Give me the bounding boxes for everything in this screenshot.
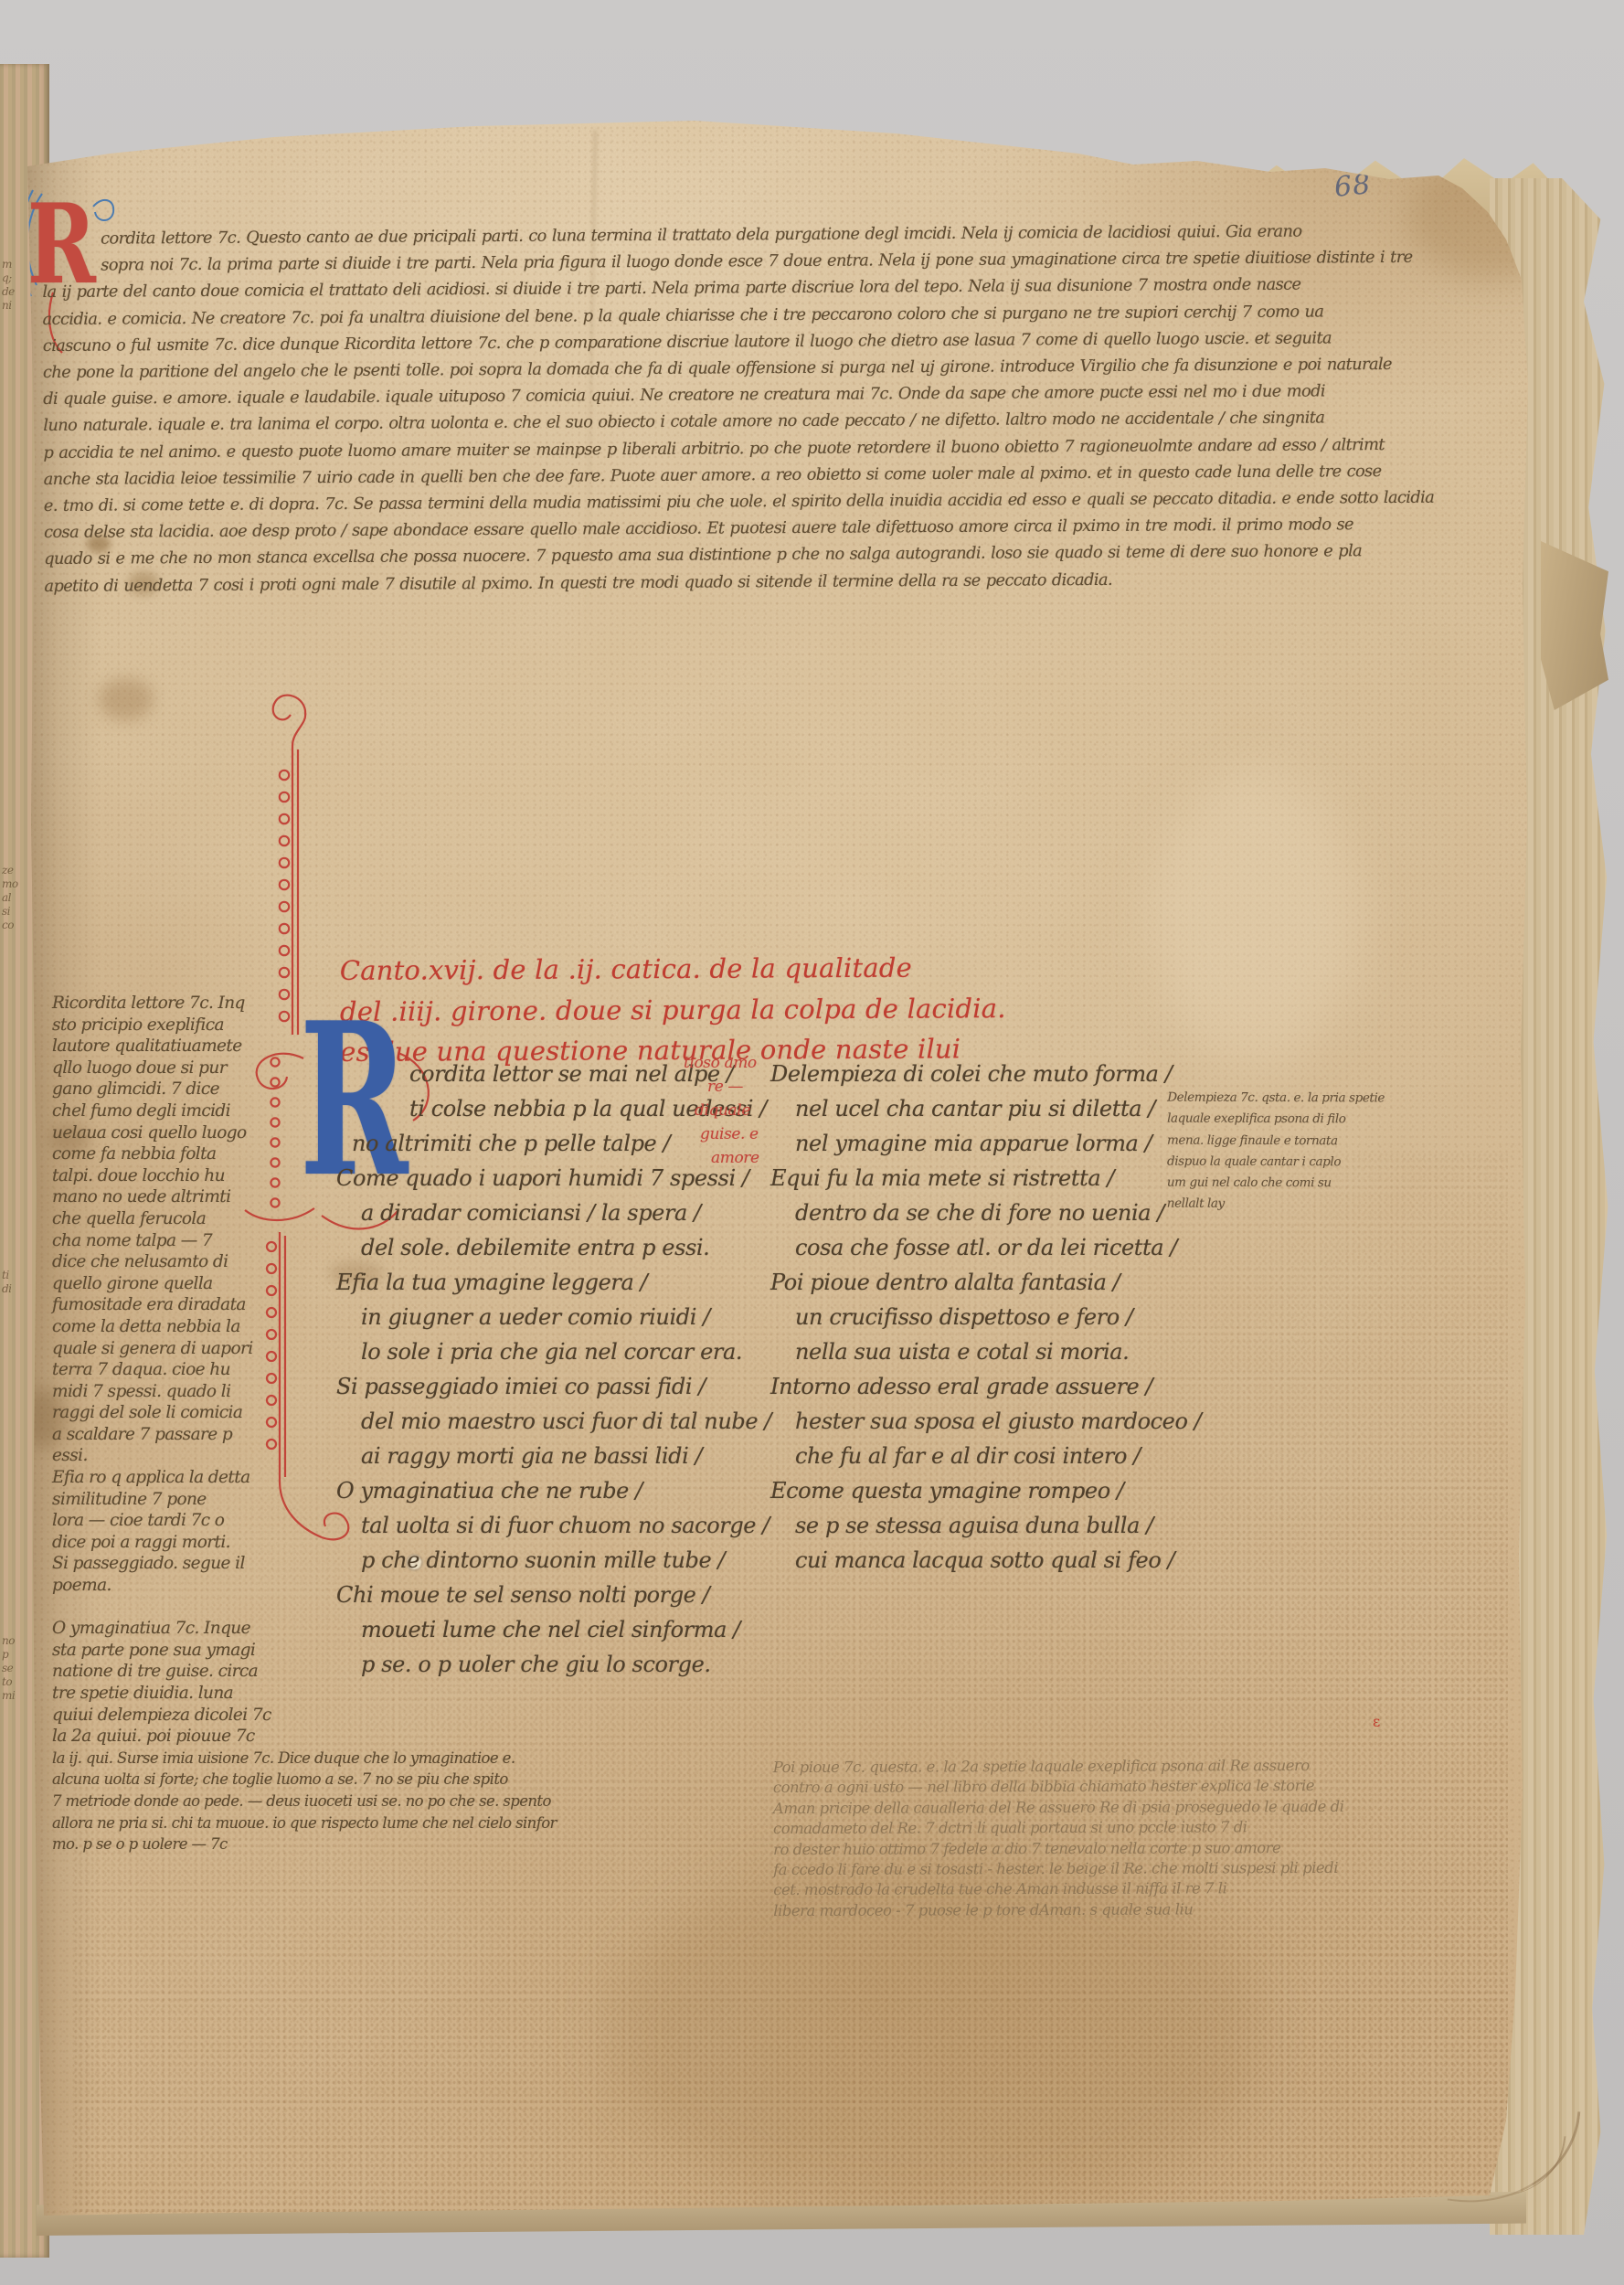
top-commentary-block: cordita lettore 7c. Questo canto ae due … <box>42 218 1435 600</box>
verse-line: hester sua sposa el giusto mardoceo / <box>795 1404 1201 1439</box>
fragment-line: p <box>2 1648 27 1662</box>
gloss-line: quello girone quella <box>52 1273 557 1295</box>
left-margin-gloss: Ricordita lettore 7c. Inqsto pricipio ex… <box>52 993 557 1855</box>
gloss-line: dispuo la quale cantar i caplo <box>1167 1151 1385 1173</box>
gloss-line: sta parte pone sua ymagi <box>52 1640 557 1662</box>
rubric-line: Canto.xvij. de la .ij. catica. de la qua… <box>340 947 1006 991</box>
gloss-line: lora — cioe tardi 7c o <box>52 1510 557 1532</box>
gloss-line: um gui nel calo che comi su <box>1167 1173 1385 1195</box>
red-gloss-line: amore <box>711 1146 759 1170</box>
fragment-line: di <box>2 1282 27 1296</box>
gloss-line: poema. <box>52 1575 557 1597</box>
commentary-line: Poi pioue 7c. questa. e. la 2a spetie la… <box>773 1756 1344 1779</box>
fore-edge-tear-flap <box>1541 541 1608 710</box>
gloss-line: talpi. doue locchio hu <box>52 1165 557 1187</box>
commentary-line: libera mardoceo - 7 puose le p tore dAma… <box>773 1899 1344 1922</box>
fragment-line: m <box>2 258 27 271</box>
page-content: 68 <box>0 0 1624 2285</box>
fragment-line: ze <box>2 864 27 877</box>
gloss-line: uelaua cosi quello luogo <box>52 1122 557 1144</box>
fragment-line: co <box>2 919 27 932</box>
gloss-line: Ricordita lettore 7c. Inq <box>52 993 557 1015</box>
fragment-line: mi <box>2 1689 27 1703</box>
manuscript-photo: mq;deni zemoalsico tidi nopsetomi <box>0 0 1624 2285</box>
red-gloss-line: guise. e <box>700 1122 759 1146</box>
gloss-line: midi 7 spessi. quado li <box>52 1381 557 1403</box>
verse-line: Delempieza di colei che muto forma / <box>770 1057 1201 1091</box>
gloss-line: la 2a quiui. poi piouue 7c <box>52 1726 557 1748</box>
gloss-line: lautore qualitatiuamete <box>52 1036 557 1057</box>
fragment-line: no <box>2 1634 27 1648</box>
fragment-line: to <box>2 1675 27 1689</box>
gloss-line: mo. p se o p uolere — 7c <box>52 1833 557 1855</box>
gloss-line: mano no uede altrimti <box>52 1186 557 1208</box>
commentary-line: comadameto del Re. 7 dctri li quali port… <box>773 1817 1344 1840</box>
fragment-line: mo <box>2 877 27 891</box>
gloss-line: come la detta nebbia la <box>52 1316 557 1338</box>
gloss-line: Delempieza 7c. qsta. e. la pria spetie <box>1167 1088 1385 1110</box>
gloss-line <box>52 1597 557 1619</box>
right-margin-gloss: Delempieza 7c. qsta. e. la pria spetiela… <box>1167 1088 1385 1217</box>
verse-line: che fu al far e al dir cosi intero / <box>795 1439 1201 1473</box>
gloss-line: essi. <box>52 1445 557 1467</box>
gloss-line: come fa nebbia folta <box>52 1143 557 1165</box>
fragment-line: se <box>2 1662 27 1675</box>
gloss-line: a scaldare 7 passare p <box>52 1424 557 1446</box>
gloss-line: quale si genera di uapori <box>52 1338 557 1360</box>
verse-line: nel ucel cha cantar piu si diletta / <box>795 1091 1201 1126</box>
verse-line: dentro da se che di fore no uenia / <box>795 1196 1201 1230</box>
gloss-line: dice che nelusamto di <box>52 1251 557 1273</box>
gloss-line: mena. ligge finaule e tornata <box>1167 1130 1385 1152</box>
gloss-line: allora ne pria si. chi ta muoue. io que … <box>52 1812 557 1834</box>
gloss-line: fumositade era diradata <box>52 1294 557 1316</box>
facing-page-text-fragment: mq;deni <box>2 258 27 367</box>
verse-line: nel ymagine mia apparue lorma / <box>795 1126 1201 1161</box>
verse-line: un crucifisso dispettoso e fero / <box>795 1300 1201 1334</box>
gloss-line: laquale exeplifica psona di filo <box>1167 1109 1385 1131</box>
gloss-line: Si passeggiado. segue il <box>52 1553 557 1575</box>
red-gloss-line: re — <box>707 1075 759 1099</box>
gloss-line: 7 metriode donde ao pede. — deus iuoceti… <box>52 1791 557 1812</box>
red-gloss-line: tioso amo <box>684 1051 759 1075</box>
red-gloss-line: diquale <box>695 1099 759 1122</box>
gloss-line: alcuna uolta si forte; che toglie luomo … <box>52 1769 557 1791</box>
fragment-line: ti <box>2 1269 27 1282</box>
gloss-line: natione di tre guise. circa <box>52 1661 557 1683</box>
red-paragraph-mark: ɛ <box>1373 1713 1380 1730</box>
fragment-line: q; <box>2 271 27 285</box>
gloss-line: che quella ferucola <box>52 1208 557 1230</box>
manuscript-page: 68 <box>0 0 1624 2285</box>
gloss-line: chel fumo degli imcidi <box>52 1100 557 1122</box>
verse-line: Intorno adesso eral grade assuere / <box>770 1369 1201 1404</box>
commentary-line: fa ccedo li fare du e si tosasti - heste… <box>773 1858 1344 1881</box>
verse-line: cosa che fosse atl. or da lei ricetta / <box>795 1230 1201 1265</box>
gloss-line: gano glimcidi. 7 dice <box>52 1079 557 1100</box>
verse-line: nella sua uista e cotal si moria. <box>795 1334 1201 1369</box>
verse-column-right: Delempieza di colei che muto forma /nel … <box>770 1057 1201 1578</box>
fragment-line: ni <box>2 299 27 313</box>
verse-line: se p se stessa aguisa duna bulla / <box>795 1508 1201 1543</box>
gloss-line: qllo luogo doue si pur <box>52 1057 557 1079</box>
fragment-line: de <box>2 285 27 299</box>
gloss-line: la ij. qui. Surse imia uisione 7c. Dice … <box>52 1748 557 1770</box>
gloss-line: quiui delempieza dicolei 7c <box>52 1705 557 1727</box>
gloss-line: raggi del sole li comicia <box>52 1402 557 1424</box>
commentary-line: ro dester huio ottimo 7 fedele a dio 7 t… <box>773 1838 1344 1861</box>
gloss-line: nellalt lay <box>1167 1194 1385 1216</box>
bottom-commentary-block: Poi pioue 7c. questa. e. la 2a spetie la… <box>773 1756 1344 1921</box>
gloss-line: Efia ro q applica la detta <box>52 1467 557 1489</box>
verse-line: Equi fu la mia mete si ristretta / <box>770 1161 1201 1196</box>
gloss-line: dice poi a raggi morti. <box>52 1532 557 1554</box>
red-marginal-gloss: tioso amore —diqualeguise. eamore <box>684 1051 759 1170</box>
verse-line: cui manca lacqua sotto qual si feo / <box>795 1543 1201 1578</box>
verse-line: Ecome questa ymagine rompeo / <box>770 1473 1201 1508</box>
gloss-line: O ymaginatiua 7c. Inque <box>52 1618 557 1640</box>
fragment-line: al <box>2 891 27 905</box>
commentary-line: contro a ogni usto — nel libro della bib… <box>773 1776 1344 1799</box>
gloss-line: tre spetie diuidia. luna <box>52 1683 557 1705</box>
fragment-line: si <box>2 905 27 919</box>
commentary-line: Aman pricipe della caualleria del Re ass… <box>773 1797 1344 1820</box>
gloss-line: terra 7 daqua. cioe hu <box>52 1359 557 1381</box>
commentary-line: cet. mostrado la crudelta tue che Aman i… <box>773 1878 1344 1901</box>
gloss-line: similitudine 7 pone <box>52 1489 557 1511</box>
facing-page-text-fragment: nopsetomi <box>2 1634 27 1762</box>
facing-page-text-fragment: zemoalsico <box>2 864 27 1001</box>
facing-page-text-fragment: tidi <box>2 1269 27 1323</box>
gloss-line: cha nome talpa — 7 <box>52 1230 557 1252</box>
verse-line: Poi pioue dentro alalta fantasia / <box>770 1265 1201 1300</box>
gloss-line: sto pricipio exeplifica <box>52 1015 557 1036</box>
